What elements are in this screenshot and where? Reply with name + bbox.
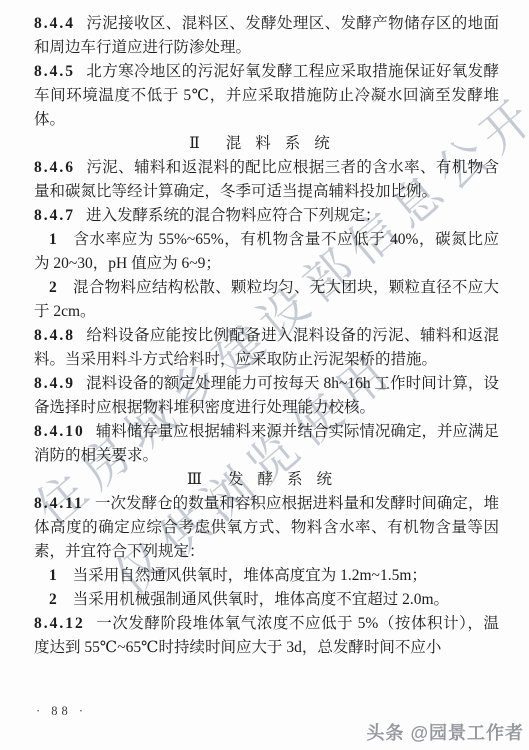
- clause-8-4-6: 8.4.6污泥、辅料和返混料的配比应根据三者的含水率、有机物含量和碳氮比等经计算…: [34, 156, 499, 204]
- clause-8-4-11-item-1: 1当采用自然通风供氧时，堆体高度宜为 1.2m~1.5m；: [34, 564, 499, 588]
- clause-8-4-7-item-1: 1含水率应为 55%~65%，有机物含量不应低于 40%，碳氮比应为 20~30…: [34, 228, 499, 276]
- clause-8-4-11-item-2: 2当采用机械强制通风供氧时，堆体高度不宜超过 2.0m。: [34, 588, 499, 612]
- item-text: 含水率应为 55%~65%，有机物含量不应低于 40%，碳氮比应为 20~30，…: [34, 231, 499, 272]
- clause-text: 给料设备应能按比例配备进入混料设备的污泥、辅料和返混料。当采用料斗方式给料时，应…: [34, 327, 499, 368]
- clause-text: 污泥、辅料和返混料的配比应根据三者的含水率、有机物含量和碳氮比等经计算确定，冬季…: [34, 159, 499, 200]
- clause-text: 一次发酵阶段堆体氧气浓度不应低于 5%（按体积计），温度达到 55℃~65℃时持…: [34, 615, 499, 656]
- clause-number: 8.4.6: [34, 159, 75, 176]
- clause-number: 8.4.10: [34, 423, 85, 440]
- clause-8-4-7-item-2: 2混合物料应结构松散、颗粒均匀、无大团块，颗粒直径不应大于 2cm。: [34, 276, 499, 324]
- clause-text: 混料设备的额定处理能力可按每天 8h~16h 工作时间计算，设备选择时应根据物料…: [34, 375, 499, 416]
- section-heading-3: Ⅲ发酵系统: [34, 468, 499, 492]
- section-roman-numeral: Ⅲ: [187, 471, 202, 488]
- clause-8-4-8: 8.4.8给料设备应能按比例配备进入混料设备的污泥、辅料和返混料。当采用料斗方式…: [34, 324, 499, 372]
- item-text: 当采用自然通风供氧时，堆体高度宜为 1.2m~1.5m；: [73, 567, 427, 584]
- item-number: 2: [49, 591, 57, 608]
- toutiao-credit-watermark: 头条 @园景工作者: [366, 719, 524, 745]
- page-number: · 88 ·: [36, 704, 87, 719]
- clause-number: 8.4.9: [34, 375, 75, 392]
- clause-number: 8.4.11: [34, 495, 84, 512]
- clause-8-4-12: 8.4.12一次发酵阶段堆体氧气浓度不应低于 5%（按体积计），温度达到 55℃…: [34, 612, 499, 660]
- item-text: 当采用机械强制通风供氧时，堆体高度不宜超过 2.0m。: [73, 591, 449, 608]
- clause-8-4-11: 8.4.11一次发酵仓的数量和容积应根据进料量和发酵时间确定，堆体高度的确定应综…: [34, 492, 499, 564]
- clause-number: 8.4.5: [34, 63, 75, 80]
- item-number: 1: [49, 231, 57, 248]
- clause-text: 污泥接收区、混料区、发酵处理区、发酵产物储存区的地面和周边车行道应进行防渗处理。: [34, 15, 499, 56]
- item-number: 1: [49, 567, 57, 584]
- item-number: 2: [49, 279, 57, 296]
- section-title: 发酵系统: [228, 471, 346, 488]
- clause-8-4-10: 8.4.10辅料储存量应根据辅料来源并结合实际情况确定，并应满足消防的相关要求。: [34, 420, 499, 468]
- clause-8-4-5: 8.4.5北方寒冷地区的污泥好氧发酵工程应采取措施保证好氧发酵车间环境温度不低于…: [34, 60, 499, 132]
- clause-8-4-4: 8.4.4污泥接收区、混料区、发酵处理区、发酵产物储存区的地面和周边车行道应进行…: [34, 12, 499, 60]
- section-title: 混料系统: [226, 135, 344, 152]
- clause-8-4-7: 8.4.7进入发酵系统的混合物料应符合下列规定：: [34, 204, 499, 228]
- clause-number: 8.4.8: [34, 327, 75, 344]
- clause-number: 8.4.7: [34, 207, 75, 224]
- document-page: 住房城乡建设部信息公开 仅供浏览使用 8.4.4污泥接收区、混料区、发酵处理区、…: [0, 0, 529, 750]
- clause-text: 进入发酵系统的混合物料应符合下列规定：: [86, 207, 381, 224]
- clause-8-4-9: 8.4.9混料设备的额定处理能力可按每天 8h~16h 工作时间计算，设备选择时…: [34, 372, 499, 420]
- clause-text: 北方寒冷地区的污泥好氧发酵工程应采取措施保证好氧发酵车间环境温度不低于 5℃，并…: [34, 63, 499, 128]
- clause-number: 8.4.12: [34, 615, 85, 632]
- clause-number: 8.4.4: [34, 15, 75, 32]
- section-heading-2: Ⅱ混料系统: [34, 132, 499, 156]
- document-body: 8.4.4污泥接收区、混料区、发酵处理区、发酵产物储存区的地面和周边车行道应进行…: [34, 12, 499, 660]
- item-text: 混合物料应结构松散、颗粒均匀、无大团块，颗粒直径不应大于 2cm。: [34, 279, 499, 320]
- clause-text: 一次发酵仓的数量和容积应根据进料量和发酵时间确定，堆体高度的确定应综合考虑供氧方…: [34, 495, 499, 560]
- section-roman-numeral: Ⅱ: [189, 135, 200, 152]
- clause-text: 辅料储存量应根据辅料来源并结合实际情况确定，并应满足消防的相关要求。: [34, 423, 499, 464]
